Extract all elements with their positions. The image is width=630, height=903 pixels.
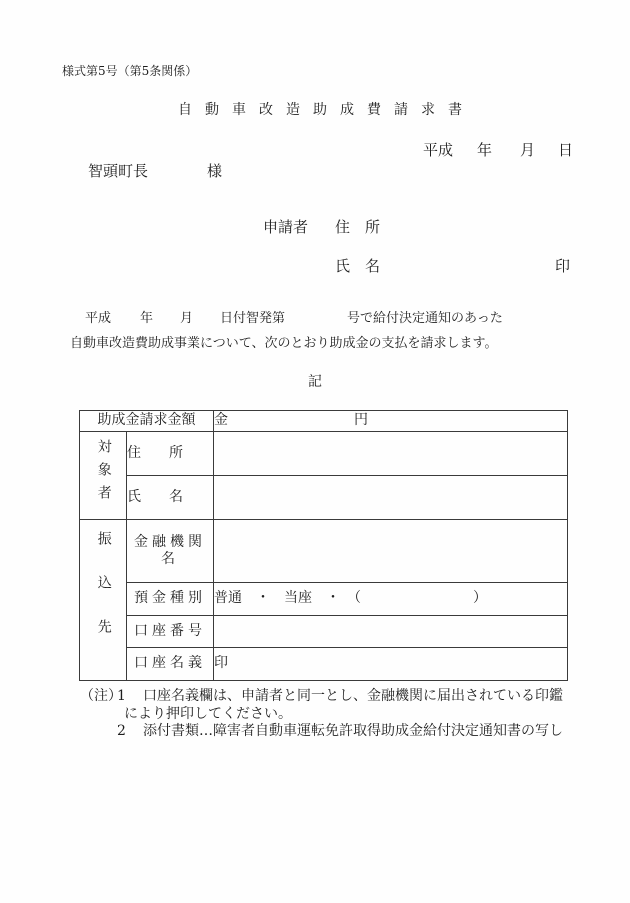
- note-1-continuation: により押印してください。: [124, 706, 292, 724]
- addressee-name: 智頭町長: [88, 162, 148, 181]
- note-2-number: 2: [117, 723, 126, 741]
- account-holder-label: 口座名義: [127, 648, 214, 681]
- account-holder-row: 口座名義 印: [80, 648, 568, 681]
- deposit-type-label: 預金種別: [127, 583, 214, 616]
- note-marker: （注）: [80, 688, 122, 706]
- applicant-label: 申請者: [263, 218, 308, 237]
- subsidy-claim-table: 助成金請求金額 金 円 対象者 住 所 氏 名 振込先 金融機関名 預金種別 普…: [79, 410, 568, 681]
- subject-address-value: [214, 432, 568, 476]
- note-2-text: 添付書類…障害者自動車運転免許取得助成金給付決定通知書の写し: [143, 723, 563, 741]
- subject-group-label: 対象者: [94, 439, 112, 508]
- bank-name-value: [214, 520, 568, 583]
- account-number-row: 口座番号: [80, 615, 568, 648]
- body-era-label: 平成: [85, 311, 111, 327]
- subject-address-row: 対象者 住 所: [80, 432, 568, 476]
- subject-address-label: 住 所: [127, 432, 214, 476]
- form-number: 様式第5号（第5条関係）: [62, 64, 197, 79]
- name-label: 氏 名: [335, 257, 380, 276]
- month-label: 月: [520, 141, 535, 160]
- address-label: 住 所: [335, 218, 380, 237]
- transfer-group-cell: 振込先: [80, 520, 127, 681]
- body-doc-suffix: 号で給付決定通知のあった: [347, 311, 503, 327]
- account-number-label: 口座番号: [127, 615, 214, 648]
- amount-label-cell: 助成金請求金額: [80, 411, 214, 432]
- section-marker-ki: 記: [0, 374, 630, 392]
- document-page: 様式第5号（第5条関係） 自動車改造助成費請求書 平成 年 月 日 智頭町長 様…: [0, 0, 630, 903]
- bank-name-row: 振込先 金融機関名: [80, 520, 568, 583]
- subject-name-value: [214, 476, 568, 520]
- deposit-type-row: 預金種別 普通 ・ 当座 ・ （ ）: [80, 583, 568, 616]
- account-holder-seal: 印: [214, 648, 568, 681]
- body-year-label: 年: [140, 311, 153, 327]
- subject-name-row: 氏 名: [80, 476, 568, 520]
- document-title: 自動車改造助成費請求書: [178, 102, 475, 120]
- transfer-group-label: 振込先: [94, 531, 112, 663]
- amount-value-cell: 金 円: [214, 411, 568, 432]
- amount-row: 助成金請求金額 金 円: [80, 411, 568, 432]
- note-1-number: 1: [117, 688, 126, 706]
- body-month-label: 月: [180, 311, 193, 327]
- era-label: 平成: [423, 141, 453, 160]
- year-label: 年: [477, 141, 492, 160]
- note-1-text: 口座名義欄は、申請者と同一とし、金融機関に届出されている印鑑: [143, 688, 563, 706]
- subject-group-cell: 対象者: [80, 432, 127, 520]
- account-number-value: [214, 615, 568, 648]
- body-doc-prefix: 日付智発第: [220, 311, 285, 327]
- day-label: 日: [558, 141, 573, 160]
- addressee-honorific: 様: [207, 162, 222, 181]
- bank-name-label: 金融機関名: [127, 520, 214, 583]
- applicant-seal-label: 印: [555, 257, 570, 276]
- deposit-type-options: 普通 ・ 当座 ・ （ ）: [214, 583, 568, 616]
- subject-name-label: 氏 名: [127, 476, 214, 520]
- body-line-2: 自動車改造費助成事業について、次のとおり助成金の支払を請求します。: [70, 336, 497, 352]
